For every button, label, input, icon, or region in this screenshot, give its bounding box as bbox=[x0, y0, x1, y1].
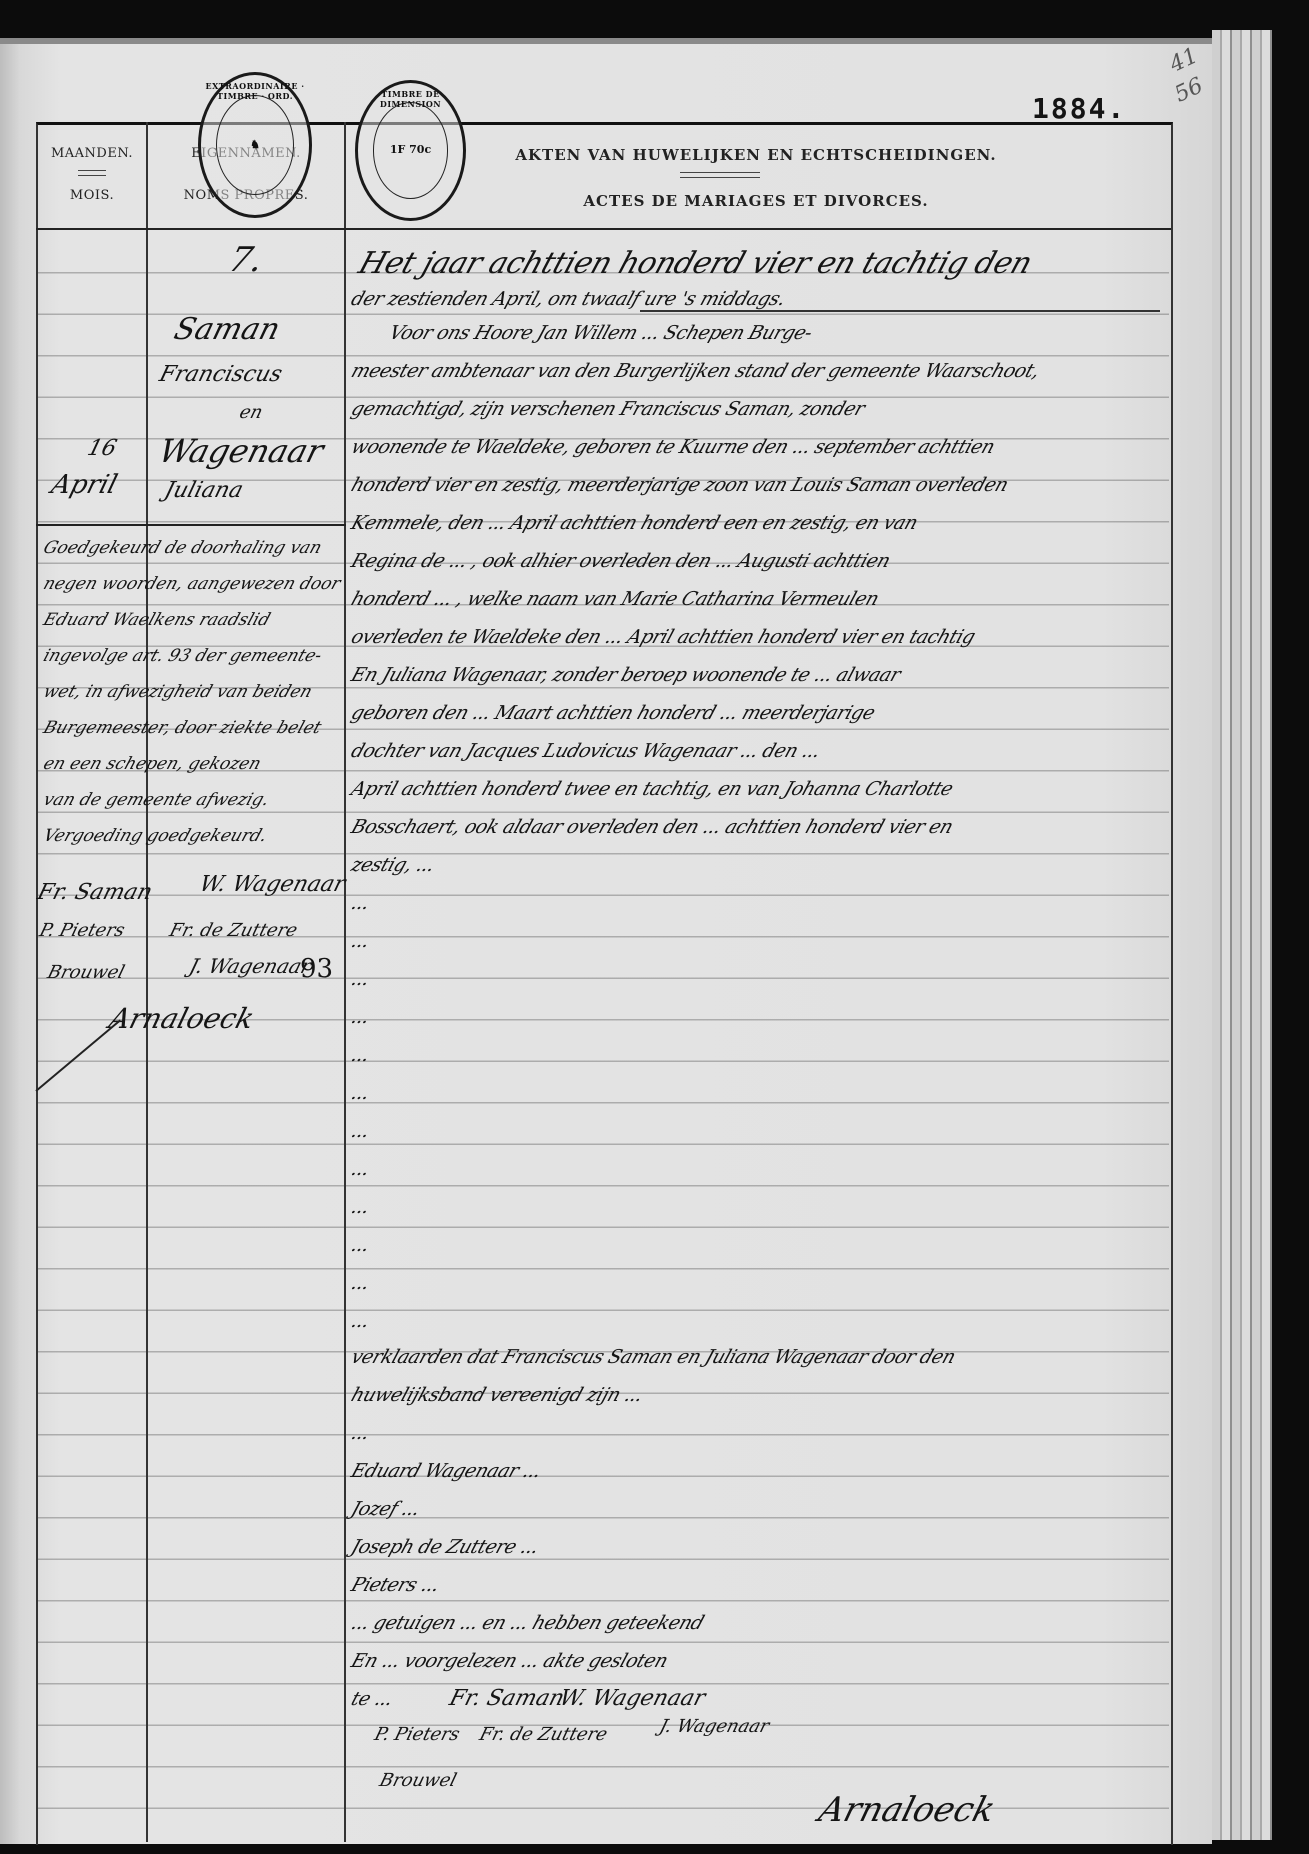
header-months-fr: MOIS. bbox=[38, 188, 146, 203]
signature: J. Wagenaar bbox=[187, 954, 314, 978]
lion-crest-icon: ♞ bbox=[216, 95, 294, 195]
book-page-edges bbox=[1212, 30, 1272, 1840]
column-divider bbox=[344, 122, 346, 1842]
signature: Arnaloeck bbox=[106, 1002, 258, 1035]
signature: W. Wagenaar bbox=[197, 872, 348, 897]
stamp-ring-text: EXTRAORDINAIRE · TIMBRE · ORD. bbox=[201, 81, 309, 101]
signature: Arnaloeck bbox=[815, 1790, 1000, 1830]
embossed-seal-stamp: EXTRAORDINAIRE · TIMBRE · ORD. ♞ bbox=[198, 72, 312, 218]
register-title-fr: ACTES DE MARIAGES ET DIVORCES. bbox=[346, 192, 1166, 210]
register-title-nl: AKTEN VAN HUWELIJKEN EN ECHTSCHEIDINGEN. bbox=[346, 146, 1166, 164]
signature: Fr. Saman bbox=[35, 880, 155, 905]
duty-stamp: TIMBRE DE DIMENSION 1F 70c bbox=[355, 80, 466, 221]
signature: Brouwel bbox=[45, 962, 127, 983]
signature: Fr. Saman bbox=[447, 1686, 567, 1711]
double-rule bbox=[78, 170, 106, 176]
signature: J. Wagenaar bbox=[657, 1716, 771, 1737]
header-bottom-rule bbox=[36, 228, 1171, 230]
signature: W. Wagenaar bbox=[557, 1686, 708, 1711]
signature: Brouwel bbox=[377, 1770, 459, 1791]
stamp-value: 1F 70c bbox=[373, 102, 449, 199]
stamp-ring-text: TIMBRE DE DIMENSION bbox=[358, 89, 463, 109]
header-months-nl: MAANDEN. bbox=[38, 146, 146, 161]
signature: Fr. de Zuttere bbox=[167, 920, 300, 941]
marginal-number: 93 bbox=[300, 954, 333, 984]
line-filler-stroke bbox=[640, 310, 1160, 312]
margin-section-rule bbox=[36, 524, 346, 526]
column-divider bbox=[146, 122, 148, 1842]
double-rule bbox=[680, 172, 760, 178]
signature: Fr. de Zuttere bbox=[477, 1724, 610, 1745]
signature: P. Pieters bbox=[37, 920, 127, 941]
year-heading: 1884. bbox=[1032, 92, 1126, 125]
signature: P. Pieters bbox=[372, 1724, 462, 1745]
bride-surname: Wagenaar bbox=[155, 432, 328, 470]
bride-given-name: Juliana bbox=[162, 478, 246, 503]
entry-month: April bbox=[48, 470, 121, 500]
groom-given-name: Franciscus bbox=[157, 362, 285, 387]
groom-surname: Saman bbox=[170, 312, 283, 347]
